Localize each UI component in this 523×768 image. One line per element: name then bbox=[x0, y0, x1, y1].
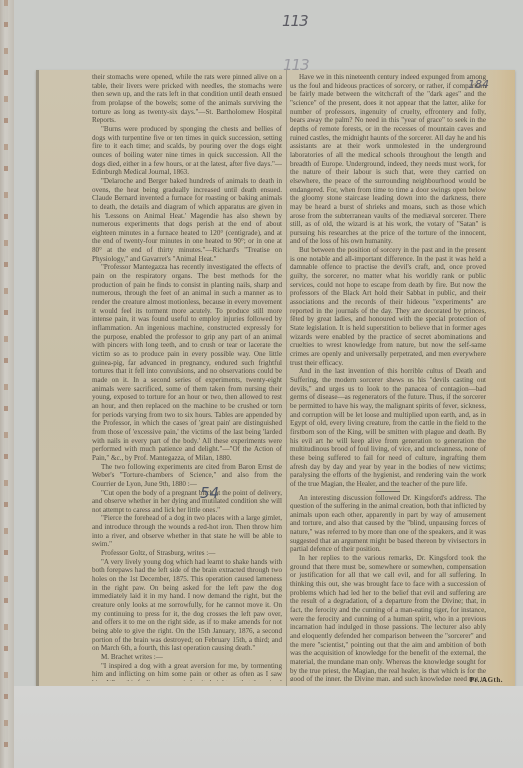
left-paragraph-7: "Pierce the forehead of a dog in two pla… bbox=[92, 514, 282, 549]
left-paragraph-2: "Burns were produced by sponging the che… bbox=[92, 125, 282, 177]
mount-board bbox=[14, 686, 523, 768]
left-paragraph-8: Professor Goltz, of Strasburg, writes :— bbox=[92, 549, 282, 558]
column-divider bbox=[286, 70, 287, 686]
newspaper-clipping: their stomachs were opened, while the ra… bbox=[36, 70, 515, 686]
left-paragraph-6: "Cut open the body of a pregnant bitch a… bbox=[92, 489, 282, 515]
handwritten-margin-note: 54 bbox=[200, 484, 219, 502]
source-credit: Pr..AGth. bbox=[470, 676, 503, 684]
left-column: their stomachs were opened, while the ra… bbox=[92, 73, 282, 681]
left-paragraph-1: their stomachs were opened, while the ra… bbox=[92, 73, 282, 125]
right-column: Have we in this nineteenth century indee… bbox=[290, 73, 486, 681]
left-paragraph-3: "Delaroche and Berger baked hundreds of … bbox=[92, 177, 282, 264]
right-paragraph-5: In her replies to the various remarks, D… bbox=[290, 554, 486, 681]
page-number: 113 bbox=[282, 12, 308, 30]
right-paragraph-1: Have we in this nineteenth century indee… bbox=[290, 73, 486, 246]
section-divider bbox=[376, 491, 400, 492]
left-paragraph-11: "I inspired a dog with a great aversion … bbox=[92, 662, 282, 681]
binding-edge bbox=[0, 0, 14, 768]
left-paragraph-9: "A very lively young dog which had learn… bbox=[92, 558, 282, 653]
left-paragraph-10: M. Brachet writes :— bbox=[92, 653, 282, 662]
handwritten-folio-number: 184 bbox=[468, 78, 489, 91]
right-paragraph-4: An interesting discussion followed Dr. K… bbox=[290, 494, 486, 555]
left-paragraph-4: "Professor Mantegazza has recently inves… bbox=[92, 263, 282, 462]
right-paragraph-3: And in the last invention of this horrib… bbox=[290, 367, 486, 488]
left-paragraph-5: The two following experiments are cited … bbox=[92, 463, 282, 489]
right-paragraph-2: But between the position of sorcery in t… bbox=[290, 246, 486, 367]
